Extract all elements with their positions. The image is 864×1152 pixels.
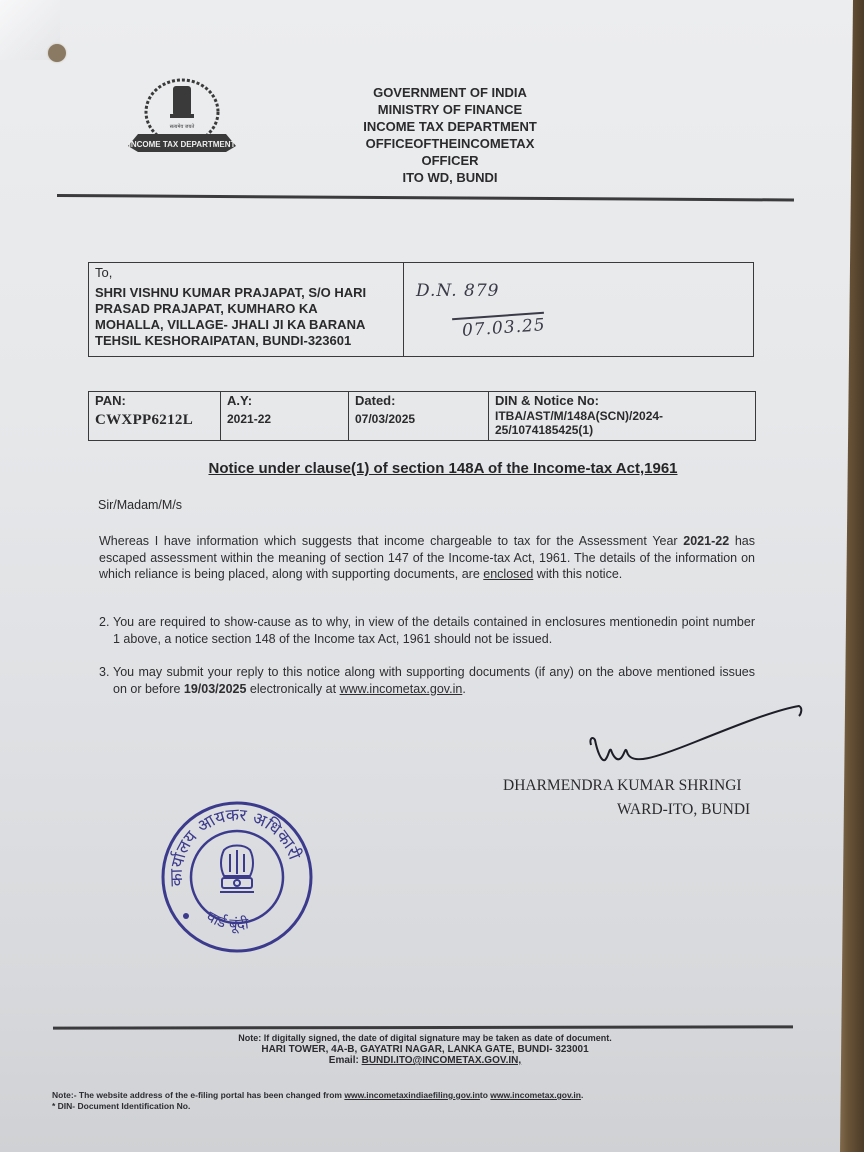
header-line: MINISTRY OF FINANCE: [340, 101, 560, 118]
din-footnote: * DIN- Document Identification No.: [52, 1101, 583, 1112]
notice-title: Notice under clause(1) of section 148A o…: [88, 460, 798, 477]
office-footer: Note: If digitally signed, the date of d…: [150, 1033, 700, 1066]
address-line: MOHALLA, VILLAGE- JHALI JI KA BARANA: [95, 317, 397, 333]
p3-text-c: .: [462, 682, 465, 696]
svg-text:वार्ड बूंदी: वार्ड बूंदी: [204, 907, 251, 934]
assessment-year: 2021-22: [683, 534, 729, 548]
pan-value: CWXPP6212L: [95, 412, 214, 429]
signature-icon: [585, 700, 805, 770]
email-link[interactable]: BUNDI.ITO@INCOMETAX.GOV.IN,: [362, 1055, 522, 1066]
handwritten-date: 07.03.25: [461, 315, 546, 341]
address-line: TEHSIL KESHORAIPATAN, BUNDI-323601: [95, 333, 397, 349]
p2-number: 2.: [99, 614, 109, 631]
salutation: Sir/Madam/M/s: [98, 498, 182, 512]
income-tax-emblem-icon: सत्यमेव जयते INCOME TAX DEPARTMENT: [124, 76, 240, 162]
paragraph-1: Whereas I have information which suggest…: [99, 533, 755, 583]
header-divider: [57, 194, 794, 202]
to-label: To,: [95, 265, 397, 281]
dated-cell: Dated: 07/03/2025: [349, 392, 489, 440]
header-line: INCOME TAX DEPARTMENT: [340, 118, 560, 135]
office-header: GOVERNMENT OF INDIA MINISTRY OF FINANCE …: [340, 84, 560, 186]
header-line: ITO WD, BUNDI: [340, 169, 560, 186]
header-line: OFFICEOFTHEINCOMETAX: [340, 135, 560, 152]
office-address: HARI TOWER, 4A-B, GAYATRI NAGAR, LANKA G…: [150, 1044, 700, 1055]
note-prefix: Note:- The website address of the e-fili…: [52, 1090, 344, 1100]
p3-text-b: electronically at: [246, 682, 339, 696]
p1-text: Whereas I have information which suggest…: [99, 534, 683, 548]
p2-text: You are required to show-cause as to why…: [99, 614, 755, 647]
ay-label: A.Y:: [227, 393, 342, 408]
addressee-table: To, SHRI VISHNU KUMAR PRAJAPAT, S/O HARI…: [88, 262, 754, 357]
incometax-portal-link[interactable]: www.incometax.gov.in: [340, 682, 463, 696]
ay-value: 2021-22: [227, 412, 342, 426]
assessment-year-cell: A.Y: 2021-22: [221, 392, 349, 440]
addressee-cell: To, SHRI VISHNU KUMAR PRAJAPAT, S/O HARI…: [89, 263, 404, 356]
note-suffix: .: [581, 1090, 583, 1100]
digital-signature-note: Note: If digitally signed, the date of d…: [150, 1033, 700, 1044]
header-line: OFFICER: [340, 152, 560, 169]
din-value-line2: 25/1074185425(1): [495, 423, 749, 437]
notice-info-table: PAN: CWXPP6212L A.Y: 2021-22 Dated: 07/0…: [88, 391, 756, 441]
dated-label: Dated:: [355, 393, 482, 408]
svg-text:INCOME TAX DEPARTMENT: INCOME TAX DEPARTMENT: [129, 140, 236, 149]
p3-number: 3.: [99, 664, 109, 681]
din-label: DIN & Notice No:: [495, 393, 749, 408]
new-efiling-link[interactable]: www.incometax.gov.in: [490, 1090, 581, 1100]
svg-text:सत्यमेव जयते: सत्यमेव जयते: [170, 123, 195, 130]
p3-text: You may submit your reply to this notice…: [99, 664, 755, 697]
signatory-designation: WARD-ITO, BUNDI: [617, 801, 750, 819]
din-value-line1: ITBA/AST/M/148A(SCN)/2024-: [495, 409, 749, 423]
reply-deadline: 19/03/2025: [184, 682, 247, 696]
stamp-text-bottom: वार्ड बूंदी: [204, 907, 251, 934]
p1-text: with this notice.: [533, 567, 622, 581]
pan-cell: PAN: CWXPP6212L: [89, 392, 221, 440]
office-email: Email: BUNDI.ITO@INCOMETAX.GOV.IN,: [150, 1055, 700, 1066]
enclosed-word: enclosed: [483, 567, 533, 581]
din-cell: DIN & Notice No: ITBA/AST/M/148A(SCN)/20…: [489, 392, 755, 440]
dispatch-note-cell: D.N. 879 07.03.25: [404, 263, 753, 356]
paragraph-3: 3. You may submit your reply to this not…: [99, 664, 755, 697]
punch-hole: [48, 44, 66, 62]
addressee-address: SHRI VISHNU KUMAR PRAJAPAT, S/O HARI PRA…: [95, 285, 397, 349]
paragraph-2: 2. You are required to show-cause as to …: [99, 614, 755, 647]
note-middle: to: [480, 1090, 490, 1100]
office-seal-stamp-icon: कार्यालय आयकर अधिकारी वार्ड बूंदी: [158, 798, 316, 956]
handwritten-dispatch-number: D.N. 879: [416, 281, 499, 301]
footer-divider: [53, 1025, 793, 1029]
signatory-name: DHARMENDRA KUMAR SHRINGI: [503, 777, 742, 795]
notice-document: सत्यमेव जयते INCOME TAX DEPARTMENT GOVER…: [0, 0, 853, 1152]
header-line: GOVERNMENT OF INDIA: [340, 84, 560, 101]
portal-change-note: Note:- The website address of the e-fili…: [52, 1090, 583, 1112]
old-efiling-link[interactable]: www.incometaxindiaefiling.gov.in: [344, 1090, 480, 1100]
email-label: Email:: [329, 1055, 362, 1066]
portal-note-line: Note:- The website address of the e-fili…: [52, 1090, 583, 1101]
address-line: SHRI VISHNU KUMAR PRAJAPAT, S/O HARI: [95, 285, 397, 301]
dated-value: 07/03/2025: [355, 412, 482, 426]
pan-label: PAN:: [95, 393, 214, 408]
address-line: PRASAD PRAJAPAT, KUMHARO KA: [95, 301, 397, 317]
